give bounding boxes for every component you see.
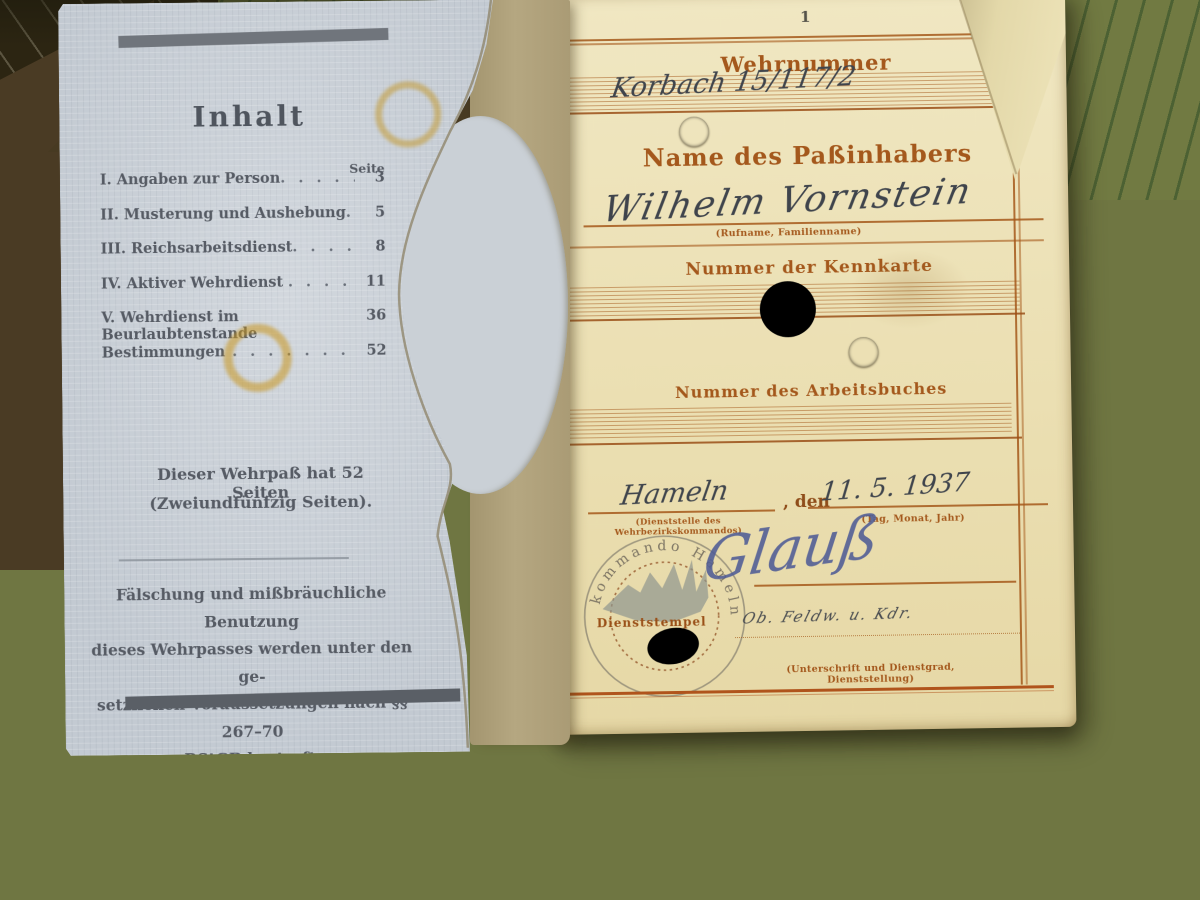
toc-label: Bestimmungen [102,343,226,361]
toc-leader-dots: . . . . [283,272,356,290]
warning-line: Fälschung und mißbräuchliche Benutzung [86,578,417,636]
toc-row: II. Musterung und Aushebung . . 5 [100,203,385,226]
wehrpass-page-1: 1 Wehrnummer Korbach 15/117/2 Name des P… [545,0,1076,735]
toc-label: III. Reichsarbeitsdienst [100,239,292,258]
top-bar [118,28,388,48]
toc-page-number: 5 [355,203,385,220]
signature-caption: (Unterschrift und Dienstgrad, Dienststel… [755,661,985,687]
toc-page-number: 8 [355,238,385,255]
coffee-ring-stain [375,81,442,148]
redaction-dot [759,281,816,338]
toc-row: IV. Aktiver Wehrdienst . . . . 11 [101,272,386,295]
divider-line [119,557,349,561]
arbeitsbuch-ruled-lines [551,403,1011,440]
toc-leader-dots: . . . . . [292,238,355,256]
yellow-stain [223,324,292,393]
place-underline [588,509,775,513]
toc-label: I. Angaben zur Person [100,170,281,189]
toc-row: I. Angaben zur Person . . . . . . . 3 [100,169,385,192]
toc-leader-dots: . . [346,203,356,220]
name-heading: Name des Paßinhabers [547,137,1067,174]
warning-line: RStGB bestraft. [88,743,418,774]
toc-label: II. Musterung und Aushebung [100,203,346,223]
toc-page-number: 3 [355,169,385,186]
inhalt-title: Inhalt [149,99,349,134]
place-handwritten-entry: Hameln [618,475,730,512]
name-second-line [561,239,1044,248]
pages-note-line-2: (Zweiundfünfzig Seiten). [138,492,383,514]
warning-paragraph: Fälschung und mißbräuchliche Benutzung d… [86,578,418,774]
toc-page-number: 52 [357,341,387,358]
grommet-eyelet-middle [848,337,878,367]
stamp-label: Dienststempel [597,615,707,631]
kennkarte-heading: Nummer der Kennkarte [549,254,1069,282]
date-handwritten-entry: 11. 5. 1937 [819,467,971,507]
warning-line: dieses Wehrpasses werden unter den ge- [87,633,418,691]
toc-leader-dots: . . . . . . . [280,169,355,187]
top-border-line-2 [556,36,1038,45]
toc-page-number: 11 [356,272,386,289]
arbeitsbuch-heading: Nummer des Arbeitsbuches [551,377,1071,404]
name-caption: (Rufname, Familienname) [689,226,889,240]
photo-of-wehrpass: 1 Wehrnummer Korbach 15/117/2 Name des P… [0,0,1200,900]
toc-row: III. Reichsarbeitsdienst . . . . . 8 [100,238,385,261]
page-stain [849,248,970,330]
toc-label: IV. Aktiver Wehrdienst [101,273,283,292]
toc-page-number: 36 [360,307,386,324]
